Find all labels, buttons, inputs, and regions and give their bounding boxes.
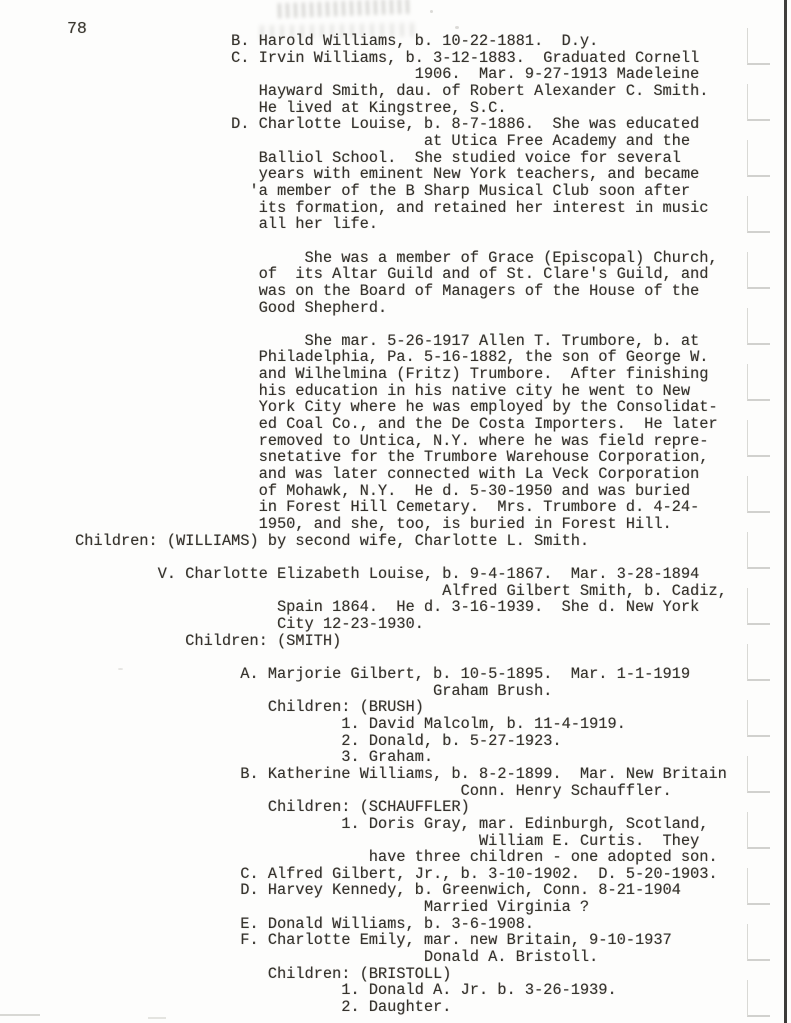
binder-hole-mark [747,28,770,65]
text-line: Graham Brush. [75,683,727,700]
text-line: 3. Graham. [75,749,727,766]
text-line: He lived at Kingstree, S.C. [75,100,727,117]
text-line: Married Virginia ? [75,899,727,916]
text-line: She mar. 5-26-1917 Allen T. Trumbore, b.… [75,333,727,350]
text-line: 1. Doris Gray, mar. Edinburgh, Scotland, [75,816,727,833]
binder-hole-mark [747,252,770,289]
text-line: D. Charlotte Louise, b. 8-7-1886. She wa… [75,116,727,133]
scan-speck [430,10,433,13]
text-line: of Mohawk, N.Y. He d. 5-30-1950 and was … [75,483,727,500]
text-line: Alfred Gilbert Smith, b. Cadiz, [75,583,727,600]
binder-hole-mark [747,868,770,905]
text-line: his education in his native city he went… [75,383,727,400]
text-line: Children: (BRUSH) [75,699,727,716]
text-line: C. Irvin Williams, b. 3-12-1883. Graduat… [75,50,727,67]
text-line: 2. Daughter. [75,999,727,1016]
binder-hole-mark [747,700,770,737]
text-line [75,233,727,250]
page-edge-line [784,0,787,1023]
text-line: V. Charlotte Elizabeth Louise, b. 9-4-18… [75,566,727,583]
scan-artifact-bottom [148,1017,166,1019]
text-line: City 12-23-1930. [75,616,727,633]
text-line: William E. Curtis. They [75,833,727,850]
typewritten-text-block: B. Harold Williams, b. 10-22-1881. D.y. … [75,33,727,1016]
text-line: years with eminent New York teachers, an… [75,166,727,183]
text-line: Philadelphia, Pa. 5-16-1882, the son of … [75,349,727,366]
binder-hole-mark [747,812,770,849]
text-line: Conn. Henry Schauffler. [75,783,727,800]
text-line: Hayward Smith, dau. of Robert Alexander … [75,83,727,100]
text-line: Donald A. Bristoll. [75,949,727,966]
binder-hole-mark [747,588,770,625]
text-line: of its Altar Guild and of St. Clare's Gu… [75,266,727,283]
text-line: have three children - one adopted son. [75,849,727,866]
text-line: Children: (BRISTOLL) [75,966,727,983]
binder-hole-mark [747,756,770,793]
text-line: ed Coal Co., and the De Costa Importers.… [75,416,727,433]
scan-speck [455,26,459,29]
text-line: was on the Board of Managers of the Hous… [75,283,727,300]
text-line: in Forest Hill Cemetary. Mrs. Trumbore d… [75,499,727,516]
text-line: Spain 1864. He d. 3-16-1939. She d. New … [75,599,727,616]
binder-hole-mark [747,532,770,569]
text-line: 1. David Malcolm, b. 11-4-1919. [75,716,727,733]
text-line: A. Marjorie Gilbert, b. 10-5-1895. Mar. … [75,666,727,683]
text-line [75,549,727,566]
text-line: F. Charlotte Emily, mar. new Britain, 9-… [75,932,727,949]
text-line [75,316,727,333]
binder-hole-mark [747,924,770,961]
text-line: B. Harold Williams, b. 10-22-1881. D.y. [75,33,727,50]
scanned-document-page: 78 B. Harold Williams, b. 10-22-1881. D.… [0,0,791,1023]
binder-hole-mark [747,308,770,345]
text-line: She was a member of Grace (Episcopal) Ch… [75,250,727,267]
ink-smudge-top [278,0,410,18]
text-line: Children: (SCHAUFFLER) [75,799,727,816]
text-line: snetative for the Trumbore Warehouse Cor… [75,449,727,466]
text-line: Balliol School. She studied voice for se… [75,150,727,167]
binder-hole-mark [747,644,770,681]
binder-hole-mark [747,364,770,401]
text-line: B. Katherine Williams, b. 8-2-1899. Mar.… [75,766,727,783]
text-line: 'a member of the B Sharp Musical Club so… [75,183,727,200]
text-line: removed to Untica, N.Y. where he was fie… [75,433,727,450]
text-line: E. Donald Williams, b. 3-6-1908. [75,916,727,933]
binder-hole-mark [747,196,770,233]
text-line: 1950, and she, too, is buried in Forest … [75,516,727,533]
text-line: Children: (WILLIAMS) by second wife, Cha… [75,533,727,550]
text-line: 1. Donald A. Jr. b. 3-26-1939. [75,982,727,999]
binder-hole-mark [747,420,770,457]
binder-hole-mark [747,140,770,177]
text-line: D. Harvey Kennedy, b. Greenwich, Conn. 8… [75,882,727,899]
text-line: 2. Donald, b. 5-27-1923. [75,733,727,750]
text-line: York City where he was employed by the C… [75,399,727,416]
text-line: all her life. [75,216,727,233]
text-line: and was later connected with La Veck Cor… [75,466,727,483]
binder-hole-mark [747,84,770,121]
binder-hole-mark [747,980,770,1017]
scan-artifact-bottom-left [0,1014,40,1016]
text-line: Good Shepherd. [75,300,727,317]
text-line: 1906. Mar. 9-27-1913 Madeleine [75,66,727,83]
binder-hole-mark [747,476,770,513]
text-line: at Utica Free Academy and the [75,133,727,150]
text-line: and Wilhelmina (Fritz) Trumbore. After f… [75,366,727,383]
text-line: its formation, and retained her interest… [75,200,727,217]
text-line [75,649,727,666]
text-line: Children: (SMITH) [75,633,727,650]
text-line: C. Alfred Gilbert, Jr., b. 3-10-1902. D.… [75,866,727,883]
